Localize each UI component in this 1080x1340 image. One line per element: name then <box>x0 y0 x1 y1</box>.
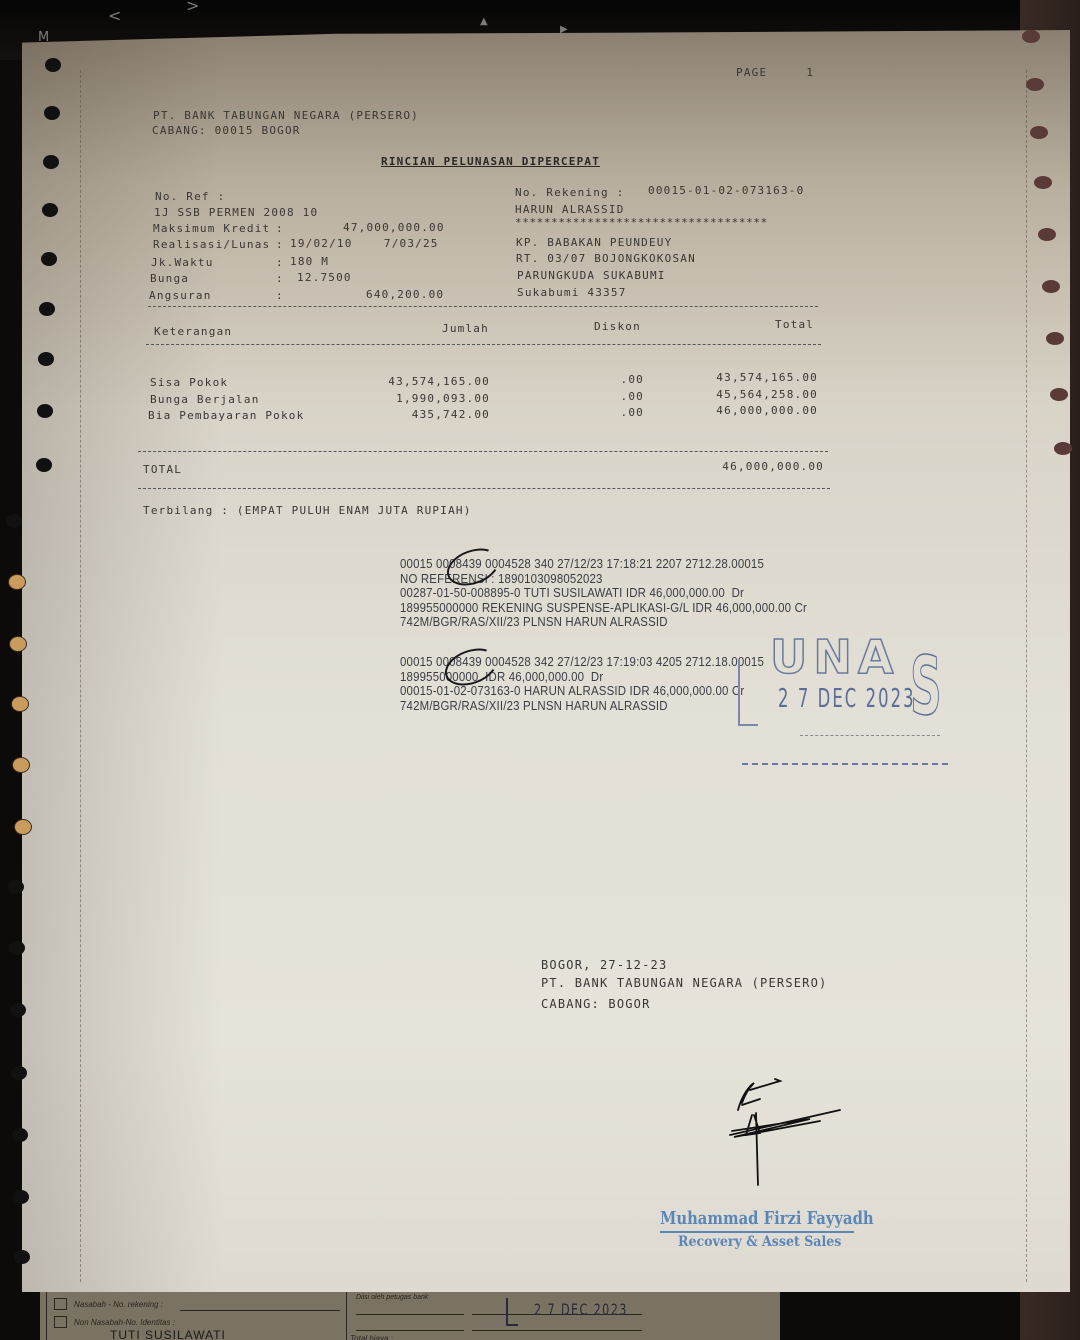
stamp-rule <box>800 735 940 736</box>
tractor-hole <box>43 155 59 169</box>
loan-field-value: 19/02/10 7/03/25 <box>290 237 439 250</box>
stamp-lunas-word: UNA <box>770 630 899 684</box>
tractor-hole <box>1054 442 1072 455</box>
no-rekening-value: 00015-01-02-073163-0 <box>648 184 804 197</box>
loan-field-separator: : <box>276 238 284 251</box>
column-header-diskon: Diskon <box>594 320 641 333</box>
signature-scribble <box>720 1075 860 1195</box>
slip-stamp-L <box>506 1298 518 1326</box>
slip-stamp-date: 2 7 DEC 2023 <box>534 1300 628 1319</box>
cell-jumlah: 435,742.00 <box>370 408 490 421</box>
slip-border <box>46 1292 47 1340</box>
cell-keterangan: Bia Pembayaran Pokok <box>148 409 304 422</box>
loan-field-value: 640,200.00 <box>366 288 444 301</box>
tractor-hole <box>9 941 25 955</box>
tractor-hole <box>1034 176 1052 189</box>
tractor-hole <box>11 696 29 712</box>
column-header-jumlah: Jumlah <box>442 322 489 335</box>
cell-total: 45,564,258.00 <box>690 388 818 401</box>
cell-total: 43,574,165.00 <box>690 371 818 384</box>
tractor-hole <box>45 58 61 72</box>
validation-line: 742M/BGR/RAS/XII/23 PLNSN HARUN ALRASSID <box>400 615 807 630</box>
slip-line <box>356 1330 464 1331</box>
tractor-hole <box>1026 78 1044 91</box>
paper-shadow <box>22 30 222 1292</box>
tractor-hole <box>1030 126 1048 139</box>
address-line: RT. 03/07 BOJONGKOKOSAN <box>516 252 696 265</box>
background-glyph: > <box>186 0 199 15</box>
cell-keterangan: Bunga Berjalan <box>150 393 260 406</box>
checkbox-nasabah <box>54 1298 67 1310</box>
signatory-rule <box>660 1231 854 1233</box>
validation-line: 189955000000 REKENING SUSPENSE-APLIKASI-… <box>400 601 807 616</box>
stamp-dashed-line <box>742 763 948 765</box>
slip-option-nasabah: Nasabah - No. rekening : <box>74 1300 163 1309</box>
slip-line <box>356 1314 464 1315</box>
tractor-hole <box>6 514 22 528</box>
tractor-hole <box>12 1128 28 1142</box>
tractor-hole <box>1038 228 1056 241</box>
tractor-hole <box>38 352 54 366</box>
bank-name: PT. BANK TABUNGAN NEGARA (PERSERO) <box>153 109 419 122</box>
footer-branch: CABANG: BOGOR <box>541 997 651 1011</box>
slip-depositor-name: TUTI SUSILAWATI <box>110 1328 226 1340</box>
validation-line: 00287-01-50-008895-0 TUTI SUSILAWATI IDR… <box>400 586 807 601</box>
column-header-total: Total <box>775 318 814 331</box>
table-rule-header <box>146 344 821 345</box>
footer-bank-name: PT. BANK TABUNGAN NEGARA (PERSERO) <box>541 976 827 990</box>
cell-diskon: .00 <box>590 390 644 403</box>
loan-field-value: 47,000,000.00 <box>343 221 445 234</box>
no-ref-label: No. Ref : <box>155 190 225 203</box>
loan-field-value: 180 M <box>290 255 329 268</box>
tractor-hole <box>41 252 57 266</box>
loan-field-value: 12.7500 <box>297 271 352 284</box>
loan-field-separator: : <box>276 222 284 235</box>
tractor-hole <box>9 636 27 652</box>
loan-field-label: Bunga <box>150 272 189 285</box>
cell-jumlah: 43,574,165.00 <box>370 375 490 388</box>
loan-field-label: Realisasi/Lunas <box>153 238 270 251</box>
slip-total-label: Total biaya : <box>350 1334 393 1340</box>
tractor-hole <box>39 302 55 316</box>
stamp-lunas-L <box>738 660 758 726</box>
tractor-hole <box>44 106 60 120</box>
deposit-slip: Nasabah - No. rekening : Non Nasabah-No.… <box>40 1292 780 1340</box>
loan-field-label: Jk.Waktu <box>151 256 214 269</box>
document-title: RINCIAN PELUNASAN DIPERCEPAT <box>381 155 600 168</box>
no-ref-value: 1J SSB PERMEN 2008 10 <box>154 206 318 219</box>
slip-header-right: Diisi oleh petugas bank <box>356 1294 428 1301</box>
validation-line: 742M/BGR/RAS/XII/23 PLNSN HARUN ALRASSID <box>400 699 764 714</box>
tractor-hole <box>8 574 26 590</box>
loan-field-separator: : <box>276 272 284 285</box>
validation-line: 00015-01-02-073163-0 HARUN ALRASSID IDR … <box>400 684 764 699</box>
cell-keterangan: Sisa Pokok <box>150 376 228 389</box>
table-rule-total-bottom <box>138 488 830 489</box>
tractor-hole <box>14 819 32 835</box>
perforation-line-left <box>80 70 81 1282</box>
tractor-hole <box>36 458 52 472</box>
slip-line <box>472 1330 642 1331</box>
masked-line: *********************************** <box>515 216 768 229</box>
checkbox-non-nasabah <box>54 1316 67 1328</box>
table-rule-top <box>148 306 818 307</box>
tractor-hole <box>14 1250 30 1264</box>
tractor-hole <box>42 203 58 217</box>
loan-field-label: Maksimum Kredit <box>153 222 270 235</box>
tractor-hole <box>8 880 24 894</box>
signatory-role: Recovery & Asset Sales <box>678 1234 841 1250</box>
table-rule-total-top <box>138 451 828 452</box>
loan-field-label: Angsuran <box>149 289 212 302</box>
slip-line <box>180 1310 340 1311</box>
tractor-hole <box>1046 332 1064 345</box>
tractor-hole <box>10 1003 26 1017</box>
tractor-hole <box>13 1190 29 1204</box>
account-holder-name: HARUN ALRASSID <box>515 203 625 216</box>
tractor-hole <box>1042 280 1060 293</box>
total-value: 46,000,000.00 <box>700 460 824 473</box>
slip-option-non-nasabah: Non Nasabah-No. Identitas : <box>74 1318 175 1327</box>
background-glyph: ▲ <box>480 16 488 27</box>
loan-field-separator: : <box>276 289 284 302</box>
address-line: Sukabumi 43357 <box>517 286 627 299</box>
no-rekening-label: No. Rekening : <box>515 186 625 199</box>
tractor-hole <box>11 1066 27 1080</box>
cell-diskon: .00 <box>590 406 644 419</box>
page-indicator: PAGE 1 <box>736 66 814 79</box>
slip-divider <box>346 1292 347 1340</box>
cell-jumlah: 1,990,093.00 <box>370 392 490 405</box>
total-label: TOTAL <box>143 463 182 476</box>
column-header-keterangan: Keterangan <box>154 325 232 338</box>
perforation-line-right <box>1026 70 1027 1282</box>
tractor-hole <box>37 404 53 418</box>
address-line: KP. BABAKAN PEUNDEUY <box>516 236 672 249</box>
tractor-hole <box>1022 30 1040 43</box>
loan-field-separator: : <box>276 256 284 269</box>
background-glyph: < <box>108 6 121 25</box>
cell-total: 46,000,000.00 <box>690 404 818 417</box>
tractor-hole <box>12 757 30 773</box>
stamp-date: 2 7 DEC 2023 <box>778 684 916 714</box>
signatory-name: Muhammad Firzi Fayyadh <box>660 1208 874 1229</box>
terbilang: Terbilang : (EMPAT PULUH ENAM JUTA RUPIA… <box>143 504 472 517</box>
tractor-hole <box>1050 388 1068 401</box>
cell-diskon: .00 <box>590 373 644 386</box>
bank-branch: CABANG: 00015 BOGOR <box>152 124 301 137</box>
address-line: PARUNGKUDA SUKABUMI <box>517 269 666 282</box>
place-date: BOGOR, 27-12-23 <box>541 958 667 972</box>
